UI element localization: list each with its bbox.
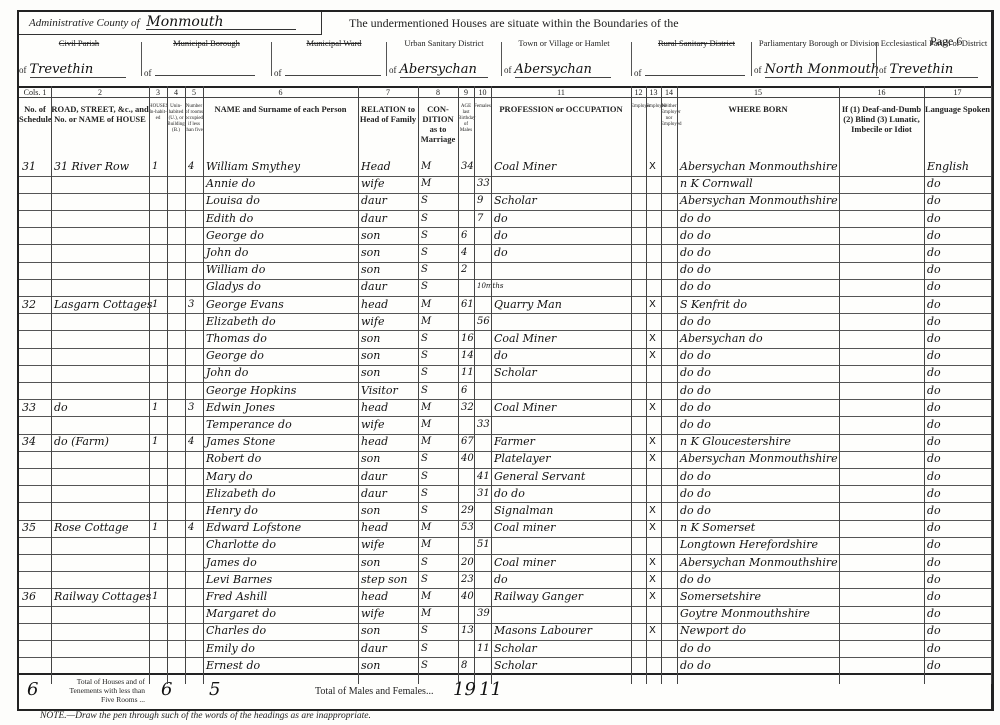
cell-lang: do: [927, 244, 941, 262]
cell-m: 20: [461, 554, 474, 572]
cell-cond: S: [421, 347, 428, 365]
cell-lang: do: [927, 640, 941, 658]
cell-occ: Coal miner: [494, 519, 555, 537]
column-header-15: 15WHERE BORN: [677, 88, 840, 158]
column-number: 5: [185, 88, 203, 98]
cell-m: 40: [461, 450, 474, 468]
cell-f: 39: [477, 605, 490, 623]
column-number: 6: [203, 88, 358, 98]
table-row: Edith dodaurS7dodo dodo: [19, 210, 991, 229]
district-5: Rural Sanitary Districtof: [634, 38, 759, 82]
of-label: of: [754, 65, 762, 75]
cell-born: do do: [680, 244, 711, 262]
cell-inhab: 1: [152, 399, 158, 417]
table-row: William dosonS2do dodo: [19, 261, 991, 280]
table-row: Annie dowifeM33n K Cornwalldo: [19, 175, 991, 194]
cell-cond: M: [421, 158, 431, 176]
cell-rel: head: [361, 296, 388, 314]
cell-born: n K Somerset: [680, 519, 755, 537]
district-label: Town or Village or Hamlet: [504, 38, 624, 48]
cell-born: Goytre Monmouthshire: [680, 605, 810, 623]
cell-rel: head: [361, 519, 388, 537]
cell-occ: Coal Miner: [494, 330, 556, 348]
cell-lang: do: [927, 364, 941, 382]
district-divider: [141, 42, 142, 76]
column-number: 15: [677, 88, 839, 98]
column-number: 4: [167, 88, 185, 98]
cell-occ: Scholar: [494, 364, 537, 382]
cell-rel: Head: [361, 158, 391, 176]
column-rule: [167, 86, 168, 684]
table-row: George dosonS14doXdo dodo: [19, 347, 991, 366]
total-males: 19: [453, 681, 476, 699]
district-divider: [751, 42, 752, 76]
district-divider: [501, 42, 502, 76]
cell-born: Abersychan do: [680, 330, 763, 348]
cell-house: Lasgarn Cottages: [54, 296, 153, 314]
cell-cond: S: [421, 450, 428, 468]
cell-occ: Scholar: [494, 640, 537, 658]
cell-lang: do: [927, 261, 941, 279]
cell-cond: S: [421, 227, 428, 245]
cell-occ: do: [494, 244, 508, 262]
cell-lang: do: [927, 571, 941, 589]
cell-rooms: 3: [188, 399, 194, 417]
cell-m: 11: [461, 364, 474, 382]
cell-inhab: 1: [152, 433, 158, 451]
cell-m: 32: [461, 399, 474, 417]
cell-rel: son: [361, 330, 380, 348]
cell-house: do: [54, 399, 68, 417]
cell-lang: do: [927, 278, 941, 296]
district-label: Municipal Borough: [144, 38, 269, 48]
cell-name: James Stone: [206, 433, 275, 451]
table-row: 33do13Edwin JonesheadM32Coal MinerXdo do…: [19, 399, 991, 418]
table-row: Elizabeth dowifeM56do dodo: [19, 313, 991, 332]
of-label: of: [19, 65, 27, 75]
cell-cond: M: [421, 313, 431, 331]
column-rule: [203, 86, 204, 684]
district-value: North Monmouth: [765, 62, 880, 78]
district-value: [645, 75, 745, 76]
cell-empd: X: [649, 399, 656, 417]
column-header-5: 5Number of rooms occupied if less than f…: [185, 88, 204, 158]
cell-name: William Smythey: [206, 158, 300, 176]
cell-born: Abersychan Monmouthshire: [680, 450, 838, 468]
cell-born: do do: [680, 227, 711, 245]
cell-name: Margaret do: [206, 605, 276, 623]
cell-occ: Coal miner: [494, 554, 555, 572]
column-header-13: 13Employed: [646, 88, 662, 158]
table-row: Henry dosonS29SignalmanXdo dodo: [19, 502, 991, 521]
table-row: Thomas dosonS16Coal MinerXAbersychan dod…: [19, 330, 991, 349]
cell-m: 34: [461, 158, 474, 176]
district-label: Civil Parish: [19, 38, 139, 48]
column-label: CON-DITION as to Marriage: [418, 98, 458, 144]
cell-sched: 36: [22, 588, 36, 606]
houses-total-label: Total of Houses and of Tenements with le…: [55, 677, 145, 695]
cell-cond: S: [421, 571, 428, 589]
cell-occ: do: [494, 347, 508, 365]
cell-cond: M: [421, 399, 431, 417]
cell-empd: X: [649, 519, 656, 537]
cell-cond: M: [421, 605, 431, 623]
cell-rel: son: [361, 227, 380, 245]
table-row: Gladys dodaurS10mthsdo dodo: [19, 278, 991, 297]
administrative-county: Administrative County of Monmouth: [19, 12, 322, 35]
cell-rel: son: [361, 657, 380, 675]
column-number: 3: [149, 88, 167, 98]
column-rule: [51, 86, 52, 684]
district-value: Abersychan: [515, 62, 611, 78]
cell-empd: X: [649, 433, 656, 451]
column-header-10: 10Females: [474, 88, 492, 158]
district-line: ofAbersychan: [504, 62, 624, 78]
cell-name: Ernest do: [206, 657, 260, 675]
cell-name: George Evans: [206, 296, 284, 314]
cell-f: 11: [477, 640, 490, 658]
cell-m: 4: [461, 244, 467, 262]
cell-name: Charlotte do: [206, 536, 276, 554]
cell-lang: do: [927, 210, 941, 228]
cell-occ: Scholar: [494, 192, 537, 210]
district-divider: [876, 42, 877, 76]
cell-lang: do: [927, 399, 941, 417]
cell-f: 41: [477, 468, 490, 486]
cell-name: Charles do: [206, 622, 266, 640]
column-rule: [924, 86, 925, 684]
district-value: [155, 75, 255, 76]
column-label: WHERE BORN: [677, 98, 839, 114]
cell-inhab: 1: [152, 588, 158, 606]
column-label: Unin-habited (U.), or Building (B.): [167, 98, 185, 134]
cell-sched: 32: [22, 296, 36, 314]
table-row: Emily dodaurS11Scholardo dodo: [19, 640, 991, 659]
cell-name: George do: [206, 227, 264, 245]
footnote: NOTE.—Draw the pen through such of the w…: [40, 711, 371, 721]
column-header-1: Cols. 1No. of Schedule: [19, 88, 52, 158]
cell-m: 6: [461, 227, 467, 245]
district-7: Ecclesiastical Parish or DistrictofTreve…: [879, 38, 989, 82]
cell-cond: M: [421, 175, 431, 193]
cell-f: 51: [477, 536, 490, 554]
cell-sched: 31: [22, 158, 36, 176]
cell-m: 53: [461, 519, 474, 537]
cell-rel: wife: [361, 416, 385, 434]
column-number: 14: [661, 88, 677, 98]
cell-f: 33: [477, 175, 490, 193]
column-header-14: 14Neither Employer nor Employed: [661, 88, 678, 158]
cell-name: Mary do: [206, 468, 252, 486]
district-4: Town or Village or HamletofAbersychan: [504, 38, 624, 82]
cell-rooms: 3: [188, 296, 194, 314]
cell-cond: S: [421, 261, 428, 279]
cell-cond: M: [421, 416, 431, 434]
table-row: Mary dodaurS41General Servantdo dodo: [19, 468, 991, 487]
of-label: of: [634, 68, 642, 78]
column-header-16: 16If (1) Deaf-and-Dumb (2) Blind (3) Lun…: [839, 88, 925, 158]
cell-cond: S: [421, 382, 428, 400]
cell-name: George do: [206, 347, 264, 365]
cell-born: do do: [680, 313, 711, 331]
cell-occ: do: [494, 571, 508, 589]
column-rule: [677, 86, 678, 684]
column-number: 2: [51, 88, 149, 98]
cell-sched: 35: [22, 519, 36, 537]
column-rule: [991, 86, 992, 684]
cell-born: n K Cornwall: [680, 175, 753, 193]
cell-cond: S: [421, 622, 428, 640]
cell-empd: X: [649, 622, 656, 640]
column-rule: [661, 86, 662, 684]
cell-m: 40: [461, 588, 474, 606]
cell-occ: do: [494, 227, 508, 245]
cell-m: 13: [461, 622, 474, 640]
cell-sched: 33: [22, 399, 36, 417]
total-schedules: 6: [27, 681, 38, 699]
cell-born: do do: [680, 571, 711, 589]
district-line: of: [144, 68, 269, 78]
table-row: George dosonS6dodo dodo: [19, 227, 991, 246]
district-line: ofAbersychan: [389, 62, 499, 78]
district-6: Parliamentary Borough or DivisionofNorth…: [754, 38, 884, 82]
table-row: 36Railway Cottages1Fred AshillheadM40Rai…: [19, 588, 991, 607]
cell-rel: head: [361, 588, 388, 606]
cell-rooms: 4: [188, 158, 194, 176]
cell-cond: S: [421, 192, 428, 210]
cell-m: 6: [461, 382, 467, 400]
county-value: Monmouth: [146, 15, 296, 30]
column-rule: [474, 86, 475, 684]
cell-f: 33: [477, 416, 490, 434]
cell-rel: son: [361, 502, 380, 520]
column-header-17: 17Language Spoken: [924, 88, 992, 158]
of-label: of: [389, 65, 397, 75]
cell-m: 61: [461, 296, 474, 314]
district-divider: [386, 42, 387, 76]
cell-born: do do: [680, 364, 711, 382]
district-3: Urban Sanitary DistrictofAbersychan: [389, 38, 499, 82]
cell-cond: M: [421, 536, 431, 554]
cell-born: Abersychan Monmouthshire: [680, 554, 838, 572]
column-rule: [631, 86, 632, 684]
cell-born: do do: [680, 261, 711, 279]
table-row: 3131 River Row14William SmytheyHeadM34Co…: [19, 158, 991, 177]
cell-name: Levi Barnes: [206, 571, 272, 589]
cell-f: 9: [477, 192, 483, 210]
cell-born: Longtown Herefordshire: [680, 536, 818, 554]
cell-cond: M: [421, 519, 431, 537]
column-label: Language Spoken: [924, 98, 991, 114]
cell-rel: wife: [361, 605, 385, 623]
cell-empd: X: [649, 502, 656, 520]
cell-empd: X: [649, 330, 656, 348]
cell-born: do do: [680, 210, 711, 228]
district-divider: [631, 42, 632, 76]
cell-born: S Kenfrit do: [680, 296, 747, 314]
column-rule: [458, 86, 459, 684]
cell-name: Henry do: [206, 502, 258, 520]
cell-cond: S: [421, 485, 428, 503]
table-row: Elizabeth dodaurS31do dodo dodo: [19, 485, 991, 504]
cell-lang: do: [927, 313, 941, 331]
cell-born: do do: [680, 416, 711, 434]
column-label: NAME and Surname of each Person: [203, 98, 358, 114]
column-label: Employer: [631, 98, 646, 110]
of-label: of: [504, 65, 512, 75]
cell-name: Robert do: [206, 450, 261, 468]
cell-occ: Quarry Man: [494, 296, 562, 314]
cell-rel: son: [361, 554, 380, 572]
cell-lang: do: [927, 175, 941, 193]
cell-name: William do: [206, 261, 265, 279]
cell-rel: son: [361, 622, 380, 640]
column-label: Females: [474, 98, 491, 110]
cell-rooms: 4: [188, 433, 194, 451]
cell-cond: S: [421, 244, 428, 262]
cell-name: Edith do: [206, 210, 253, 228]
cell-name: Edwin Jones: [206, 399, 275, 417]
district-value: Trevethin: [30, 62, 126, 78]
district-label: Ecclesiastical Parish or District: [879, 38, 989, 48]
column-rule: [185, 86, 186, 684]
cell-inhab: 1: [152, 296, 158, 314]
cell-born: do do: [680, 468, 711, 486]
column-number: 11: [491, 88, 631, 98]
table-row: James dosonS20Coal minerXAbersychan Monm…: [19, 554, 991, 573]
column-number: 7: [358, 88, 418, 98]
cell-rooms: 4: [188, 519, 194, 537]
district-label: Municipal Ward: [274, 38, 394, 48]
cell-cond: S: [421, 210, 428, 228]
cell-house: Rose Cottage: [54, 519, 129, 537]
table-row: Margaret dowifeM39Goytre Monmouthshiredo: [19, 605, 991, 624]
column-number: 16: [839, 88, 924, 98]
cell-inhab: 1: [152, 158, 158, 176]
cell-rel: son: [361, 244, 380, 262]
cell-born: Abersychan Monmouthshire: [680, 192, 838, 210]
cell-rel: head: [361, 433, 388, 451]
cell-lang: do: [927, 416, 941, 434]
cell-born: do do: [680, 382, 711, 400]
table-row: Levi Barnesstep sonS23doXdo dodo: [19, 571, 991, 590]
column-rule: [491, 86, 492, 684]
cell-cond: S: [421, 640, 428, 658]
cell-cond: S: [421, 554, 428, 572]
cell-occ: Scholar: [494, 657, 537, 675]
cell-rel: Visitor: [361, 382, 398, 400]
cell-rel: son: [361, 347, 380, 365]
cell-occ: Signalman: [494, 502, 553, 520]
column-header-8: 8CON-DITION as to Marriage: [418, 88, 459, 158]
cell-lang: do: [927, 296, 941, 314]
table-row: 35Rose Cottage14Edward LofstoneheadM53Co…: [19, 519, 991, 538]
cell-lang: do: [927, 554, 941, 572]
cell-occ: Masons Labourer: [494, 622, 592, 640]
table-row: Louisa dodaurS9ScholarAbersychan Monmout…: [19, 192, 991, 211]
cell-cond: S: [421, 278, 428, 296]
column-rule: [418, 86, 419, 684]
cell-lang: do: [927, 502, 941, 520]
of-label: of: [274, 68, 282, 78]
county-label: Administrative County of: [29, 17, 140, 29]
cell-cond: S: [421, 330, 428, 348]
cell-name: Thomas do: [206, 330, 267, 348]
cell-rel: son: [361, 450, 380, 468]
cell-born: do do: [680, 399, 711, 417]
district-value: [285, 75, 381, 76]
cell-f: 31: [477, 485, 490, 503]
cell-cond: S: [421, 364, 428, 382]
total-tenements: 5: [209, 681, 220, 699]
column-header-6: 6NAME and Surname of each Person: [203, 88, 359, 158]
totals-row: 6 Total of Houses and of Tenements with …: [19, 673, 991, 709]
cell-name: Elizabeth do: [206, 485, 276, 503]
cell-rel: son: [361, 364, 380, 382]
cell-occ: Railway Ganger: [494, 588, 583, 606]
cell-empd: X: [649, 450, 656, 468]
column-header-7: 7RELATION to Head of Family: [358, 88, 419, 158]
cell-cond: M: [421, 588, 431, 606]
cell-cond: S: [421, 502, 428, 520]
cell-lang: do: [927, 519, 941, 537]
cell-house: Railway Cottages: [54, 588, 151, 606]
cell-occ: Coal Miner: [494, 158, 556, 176]
district-value: Trevethin: [890, 62, 978, 78]
cell-empd: X: [649, 571, 656, 589]
column-label: PROFESSION or OCCUPATION: [491, 98, 631, 114]
cell-lang: do: [927, 330, 941, 348]
cell-name: James do: [206, 554, 257, 572]
table-row: Charlotte dowifeM51Longtown Herefordshir…: [19, 536, 991, 555]
cell-lang: do: [927, 485, 941, 503]
cell-lang: do: [927, 433, 941, 451]
cell-name: John do: [206, 364, 248, 382]
cell-born: do do: [680, 502, 711, 520]
district-line: ofTrevethin: [19, 62, 139, 78]
district-value: Abersychan: [400, 62, 488, 78]
cell-rel: wife: [361, 175, 385, 193]
cell-born: Somersetshire: [680, 588, 761, 606]
cell-rel: wife: [361, 536, 385, 554]
cell-rel: step son: [361, 571, 407, 589]
census-page: Administrative County of Monmouth The un…: [17, 10, 994, 711]
column-number: 9: [458, 88, 474, 98]
column-label: Employed: [646, 98, 661, 110]
column-headers: Cols. 1No. of Schedule2ROAD, STREET, &c.…: [19, 86, 991, 88]
column-label: Neither Employer nor Employed: [661, 98, 677, 128]
column-label: No. of Schedule: [19, 98, 51, 124]
cell-rel: daur: [361, 278, 387, 296]
cell-cond: M: [421, 433, 431, 451]
column-label: HOUSES In-habit-ed: [149, 98, 167, 122]
table-row: John dosonS4dodo dodo: [19, 244, 991, 263]
column-header-9: 9AGE last Birthday of Males: [458, 88, 475, 158]
column-number: Cols. 1: [19, 88, 51, 98]
column-header-4: 4Unin-habited (U.), or Building (B.): [167, 88, 186, 158]
cell-m: 14: [461, 347, 474, 365]
cell-rel: daur: [361, 210, 387, 228]
column-header-12: 12Employer: [631, 88, 647, 158]
column-header-2: 2ROAD, STREET, &c., and No. or NAME of H…: [51, 88, 150, 158]
district-line: of: [634, 68, 759, 78]
cell-lang: do: [927, 347, 941, 365]
column-header-11: 11PROFESSION or OCCUPATION: [491, 88, 632, 158]
cell-m: 23: [461, 571, 474, 589]
column-label: ROAD, STREET, &c., and No. or NAME of HO…: [51, 98, 149, 124]
boundaries-heading: The undermentioned Houses are situate wi…: [349, 16, 679, 31]
cell-name: Emily do: [206, 640, 255, 658]
